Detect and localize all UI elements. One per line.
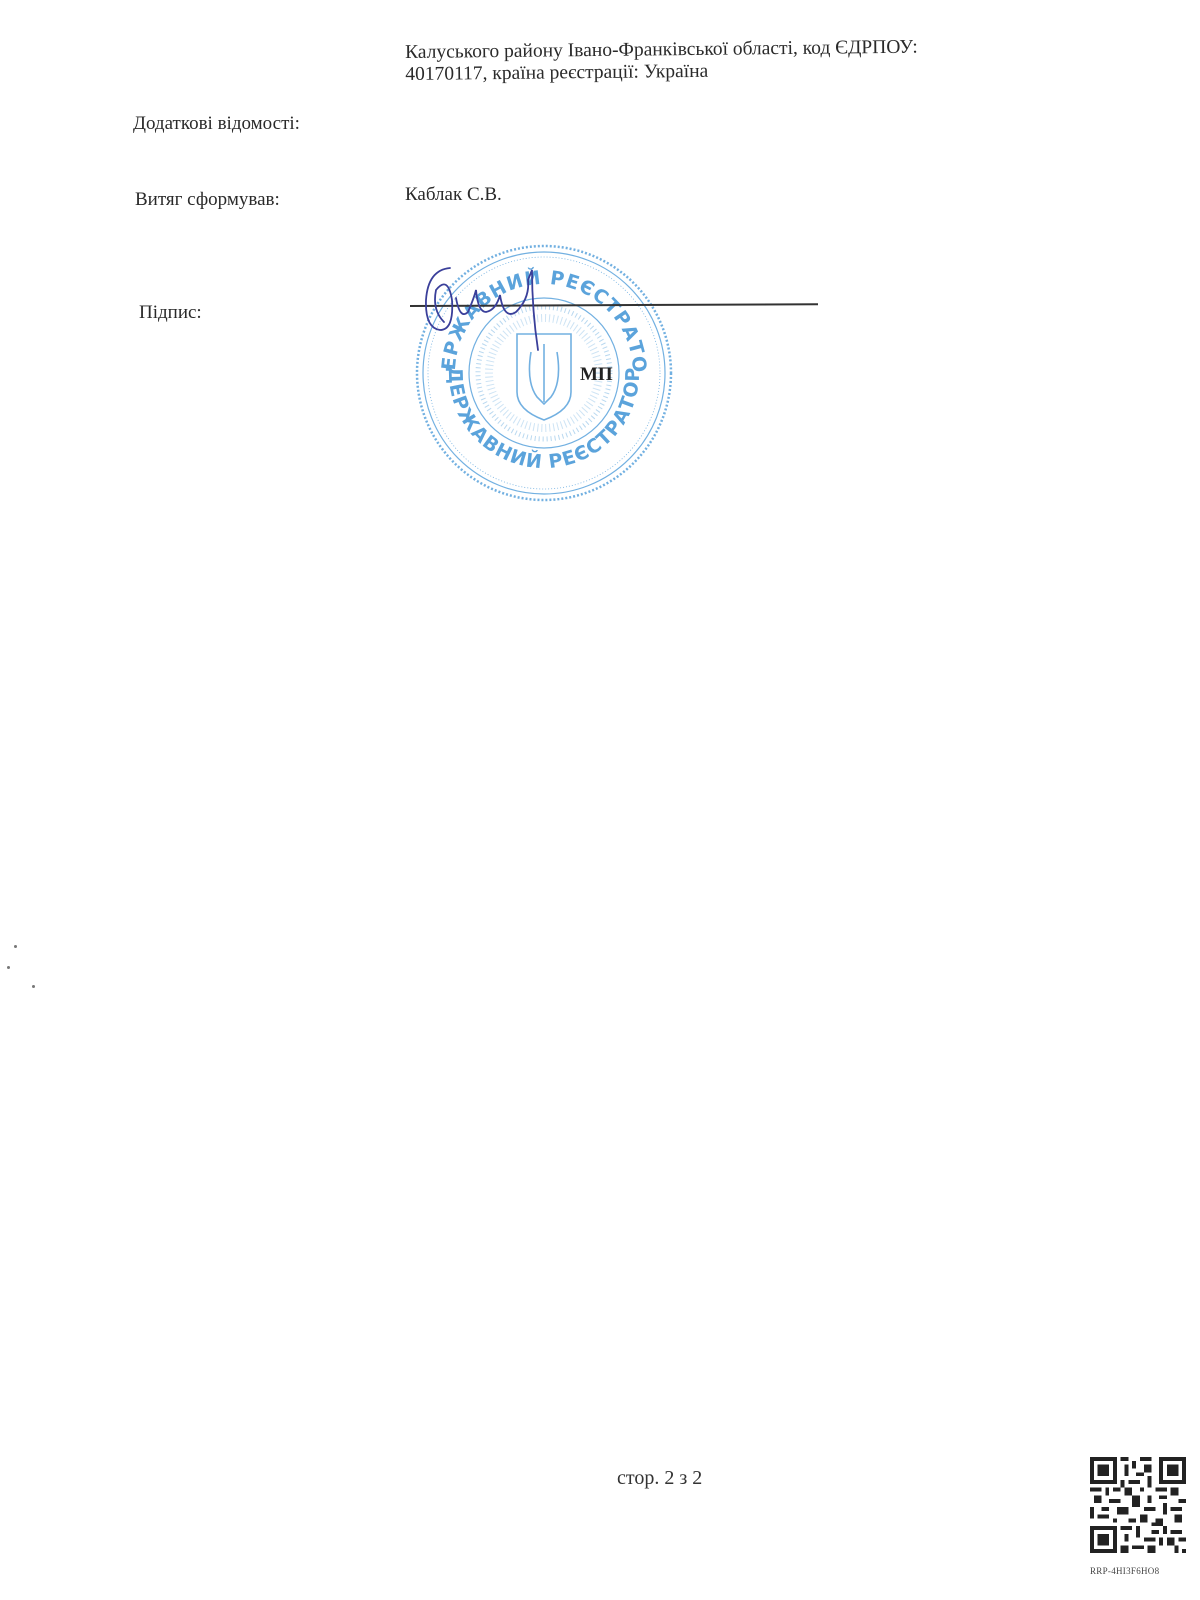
formed-by-value: Каблак С.В. — [405, 184, 502, 206]
signature-label: Підпис: — [139, 302, 202, 324]
scan-speck — [14, 945, 17, 948]
page-indicator: стор. 2 з 2 — [617, 1467, 702, 1490]
formed-by-label: Витяг сформував: — [135, 189, 280, 211]
scan-speck — [7, 966, 10, 969]
additional-info-label: Додаткові відомості: — [133, 113, 300, 135]
stamp-mark-label: МП — [580, 364, 613, 386]
handwritten-signature-icon — [420, 250, 570, 360]
qr-code-label: RRP-4HI3F6HO8 — [1090, 1566, 1159, 1576]
address-line-2: 40170117, країна реєстрації: Україна — [405, 59, 918, 86]
address-continuation: Калуського району Івано-Франківської обл… — [405, 37, 918, 86]
scan-speck — [32, 985, 35, 988]
qr-code-icon — [1090, 1457, 1186, 1553]
